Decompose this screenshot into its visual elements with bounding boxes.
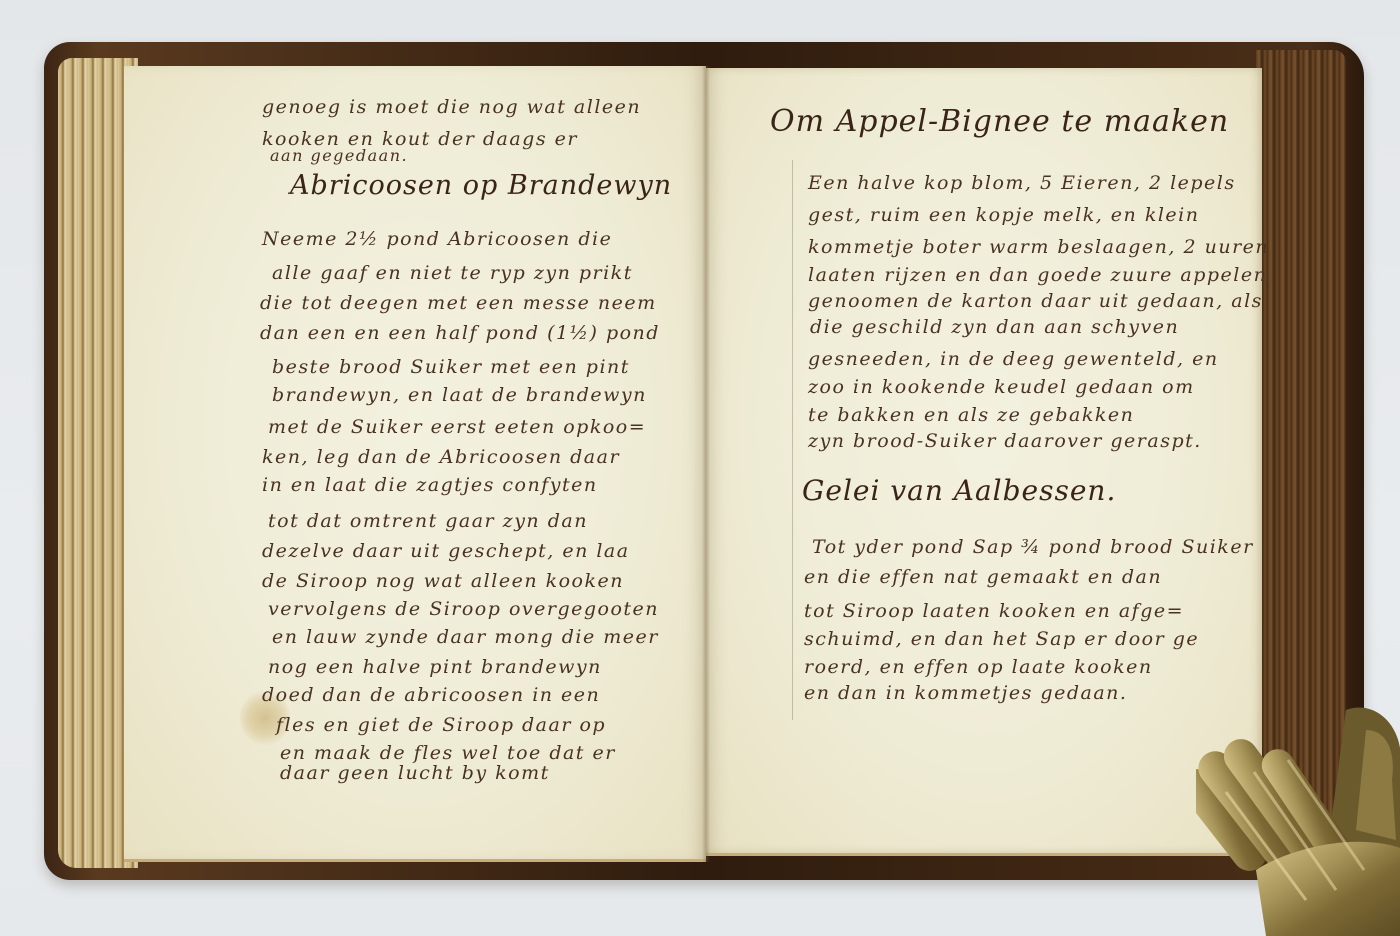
handwritten-line: en lauw zynde daar mong die meer xyxy=(272,626,659,648)
handwritten-line: fles en giet de Siroop daar op xyxy=(276,714,606,736)
handwritten-line: dezelve daar uit geschept, en laa xyxy=(262,540,630,562)
handwritten-line: aan gegedaan. xyxy=(270,146,408,165)
handwritten-line: laaten rijzen en dan goede zuure appelen xyxy=(808,264,1267,286)
ruled-margin-line xyxy=(792,160,793,720)
handwritten-line: te bakken en als ze gebakken xyxy=(808,404,1134,426)
handwritten-line: gest, ruim een kopje melk, en klein xyxy=(808,204,1199,226)
handwritten-line: die geschild zyn dan aan schyven xyxy=(810,316,1179,338)
handwritten-line: met de Suiker eerst eeten opkoo= xyxy=(268,416,646,438)
handwritten-line: beste brood Suiker met een pint xyxy=(272,356,630,378)
handwritten-line: Neeme 2½ pond Abricoosen die xyxy=(262,228,612,250)
handwritten-line: daar geen lucht by komt xyxy=(280,762,550,784)
handwritten-line: en dan in kommetjes gedaan. xyxy=(804,682,1127,704)
handwritten-line: en die effen nat gemaakt en dan xyxy=(804,566,1162,588)
handwritten-line: tot Siroop laaten kooken en afge= xyxy=(804,600,1184,622)
handwritten-line: genoeg is moet die nog wat alleen xyxy=(262,96,641,118)
handwritten-line: zoo in kookende keudel gedaan om xyxy=(808,376,1195,398)
recipe-title: Abricoosen op Brandewyn xyxy=(290,170,672,201)
handwritten-line: de Siroop nog wat alleen kooken xyxy=(262,570,624,592)
brass-hand-icon xyxy=(1196,700,1400,936)
handwritten-line: kommetje boter warm beslaagen, 2 uuren xyxy=(808,236,1269,258)
handwritten-line: zyn brood-Suiker daarover geraspt. xyxy=(808,430,1202,452)
handwritten-line: genoomen de karton daar uit gedaan, als xyxy=(808,290,1263,312)
handwritten-line: doed dan de abricoosen in een xyxy=(262,684,600,706)
photo-scene: genoeg is moet die nog wat alleen kooken… xyxy=(0,0,1400,936)
handwritten-line: Een halve kop blom, 5 Eieren, 2 lepels xyxy=(808,172,1236,194)
recipe-title: Om Appel-Bignee te maaken xyxy=(770,104,1229,139)
handwritten-line: dan een en een half pond (1½) pond xyxy=(260,322,660,344)
handwritten-line: gesneeden, in de deeg gewenteld, en xyxy=(808,348,1219,370)
handwritten-line: Tot yder pond Sap ¾ pond brood Suiker xyxy=(812,536,1254,558)
handwritten-line: in en laat die zagtjes confyten xyxy=(262,474,598,496)
handwritten-line: roerd, en effen op laate kooken xyxy=(804,656,1153,678)
handwritten-line: nog een halve pint brandewyn xyxy=(268,656,602,678)
handwritten-line: en maak de fles wel toe dat er xyxy=(280,742,616,764)
handwritten-line: die tot deegen met een messe neem xyxy=(260,292,657,314)
recipe-title: Gelei van Aalbessen. xyxy=(802,474,1116,507)
handwritten-line: schuimd, en dan het Sap er door ge xyxy=(804,628,1199,650)
handwritten-line: alle gaaf en niet te ryp zyn prikt xyxy=(272,262,633,284)
book-gutter xyxy=(702,66,710,862)
handwritten-line: vervolgens de Siroop overgegooten xyxy=(268,598,659,620)
handwritten-line: brandewyn, en laat de brandewyn xyxy=(272,384,647,406)
handwritten-line: ken, leg dan de Abricoosen daar xyxy=(262,446,620,468)
handwritten-line: tot dat omtrent gaar zyn dan xyxy=(268,510,588,532)
